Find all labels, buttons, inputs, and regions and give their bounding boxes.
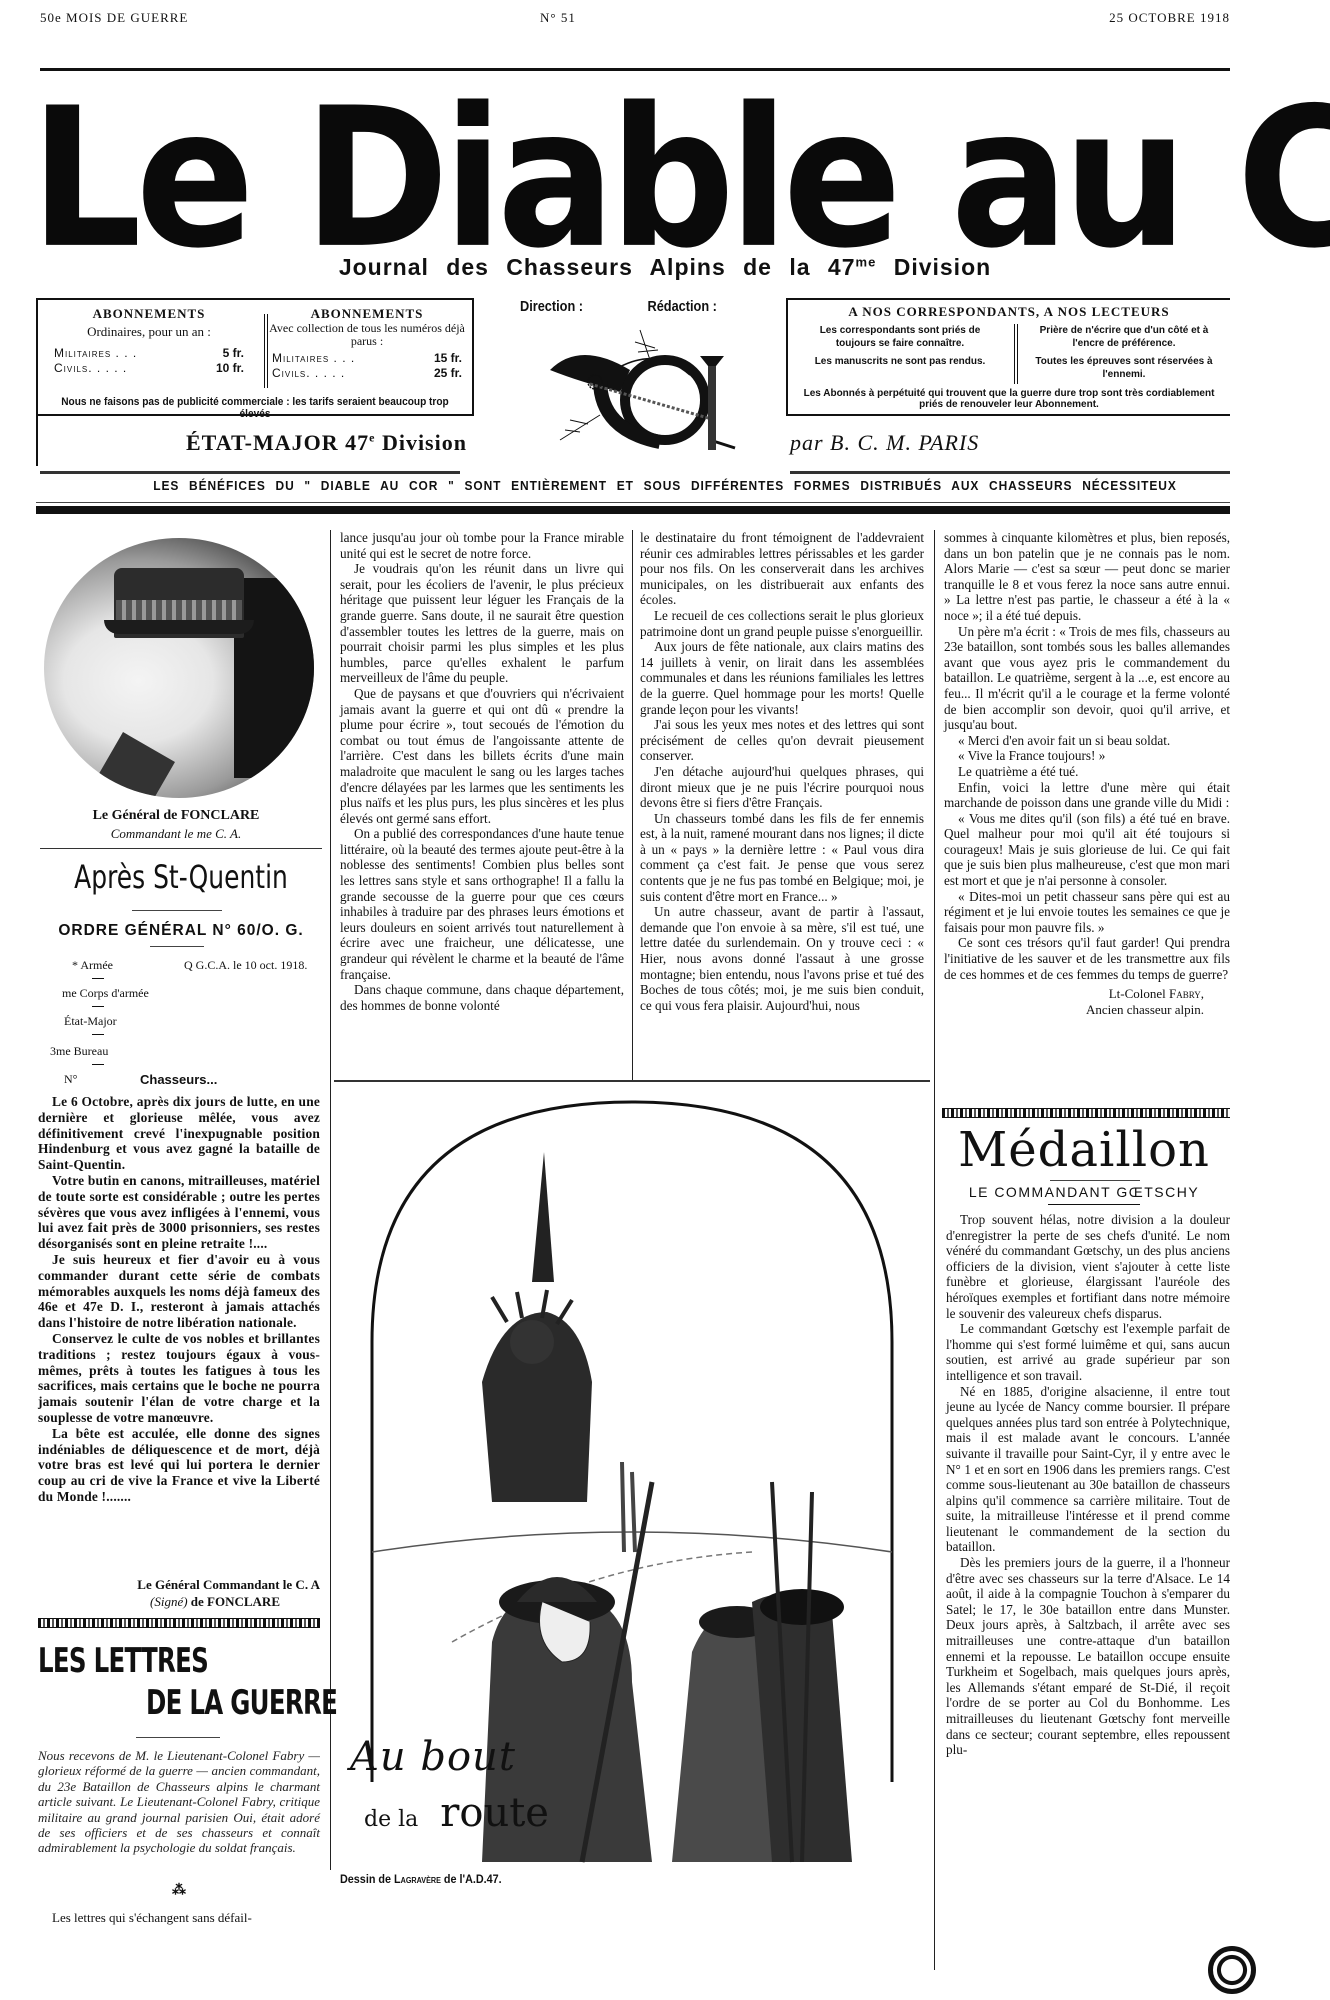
subscribers-note: Les Abonnés à perpétuité qui trouvent qu… bbox=[792, 388, 1226, 410]
redaction-label: Rédaction : bbox=[648, 298, 717, 315]
headline-apres-st-quentin: Après St-Quentin bbox=[68, 858, 294, 896]
price-row: Militaires . . .5 fr. bbox=[44, 346, 254, 361]
lettres-first-line: Les lettres qui s'échangent sans défail- bbox=[38, 1910, 320, 1926]
portrait-caption-role: Commandant le me C. A. bbox=[36, 826, 316, 842]
issue-date: 25 OCTOBRE 1918 bbox=[1109, 10, 1230, 26]
drawing-title-line2: de laroute bbox=[364, 1790, 549, 1836]
library-stamp-icon bbox=[1208, 1946, 1256, 1994]
direction-label: Direction : bbox=[520, 298, 583, 315]
column-rule bbox=[934, 530, 935, 1970]
correspondents-left: Les correspondants sont priés de toujour… bbox=[800, 324, 1000, 373]
top-info-line: 50e MOIS DE GUERRE N° 51 25 OCTOBRE 1918 bbox=[40, 6, 1230, 30]
subtitle-text: Journal des Chasseurs Alpins de la 47 bbox=[339, 254, 856, 280]
ornamental-rule bbox=[942, 1108, 1230, 1118]
column-rule bbox=[330, 530, 331, 1870]
correspondents-box: A NOS CORRESPONDANTS, A NOS LECTEURS Les… bbox=[786, 298, 1230, 416]
war-month: 50e MOIS DE GUERRE bbox=[40, 10, 188, 26]
portrait-caption-name: Le Général de FONCLARE bbox=[36, 808, 316, 824]
lettres-column-2: lance jusqu'au jour où tombe pour la Fra… bbox=[340, 530, 624, 1013]
order-addressee: Chasseurs... bbox=[140, 1072, 217, 1087]
no-advertising-note: Nous ne faisons pas de publicité commerc… bbox=[61, 396, 449, 420]
banner-rule-thin bbox=[36, 502, 1230, 503]
headline-lettres-de-la-guerre: LES LETTRES DE LA GUERRE bbox=[38, 1640, 242, 1724]
drawing-title-line1: Au bout bbox=[350, 1734, 516, 1780]
lettres-column-4: sommes à cinquante kilomètres et plus, b… bbox=[944, 530, 1230, 1018]
subscriptions-heading: ABONNEMENTS bbox=[262, 306, 472, 321]
short-rule bbox=[132, 910, 222, 911]
correspondents-right: Prière de n'écrire que d'un côté et à l'… bbox=[1024, 324, 1224, 386]
drawing-credit: Dessin de Lagravère de l'A.D.47. bbox=[340, 1872, 502, 1886]
direction-value: ÉTAT-MAJOR 47e Division bbox=[186, 430, 467, 456]
price-row: Civils. . . . .25 fr. bbox=[262, 366, 472, 381]
subscriptions-collection: ABONNEMENTS Avec collection de tous les … bbox=[262, 306, 472, 381]
subscriptions-subheading: Avec collection de tous les numéros déjà… bbox=[262, 322, 472, 348]
hunting-horn-emblem-icon bbox=[540, 320, 760, 460]
subscriptions-ordinary: ABONNEMENTS Ordinaires, pour un an : Mil… bbox=[44, 306, 254, 376]
direction-redaction-labels: Direction : Rédaction : bbox=[520, 298, 724, 322]
medaillon-body: Trop souvent hélas, notre division a la … bbox=[946, 1212, 1230, 1758]
subscriptions-subheading: Ordinaires, pour un an : bbox=[44, 324, 254, 339]
lettres-intro: Nous recevons de M. le Lieutenant-Colone… bbox=[38, 1748, 320, 1856]
banner-rule-left bbox=[40, 471, 460, 474]
subscriptions-box: ABONNEMENTS Ordinaires, pour un an : Mil… bbox=[36, 298, 474, 416]
correspondents-title: A NOS CORRESPONDANTS, A NOS LECTEURS bbox=[788, 304, 1230, 320]
banner-rule-thick bbox=[36, 506, 1230, 514]
price-row: Militaires . . .15 fr. bbox=[262, 351, 472, 366]
masthead-subtitle: Journal des Chasseurs Alpins de la 47me … bbox=[0, 254, 1330, 281]
short-rule bbox=[1048, 1204, 1140, 1205]
subtitle-end: Division bbox=[876, 254, 991, 280]
asterism-icon: ⁂ bbox=[38, 1886, 320, 1896]
ordre-general-subhead: ORDRE GÉNÉRAL N° 60/O. G. bbox=[36, 922, 326, 940]
double-divider bbox=[1014, 324, 1018, 384]
banner-rule-right bbox=[790, 471, 1230, 474]
column-rule bbox=[632, 530, 633, 1080]
short-rule bbox=[150, 946, 204, 947]
subtitle-sup: me bbox=[856, 254, 877, 269]
ornamental-rule bbox=[38, 1618, 320, 1628]
benefits-banner: LES BÉNÉFICES DU " DIABLE AU COR " SONT … bbox=[53, 478, 1277, 493]
order-body: Le 6 Octobre, après dix jours de lutte, … bbox=[38, 1094, 320, 1505]
order-date: Q G.C.A. le 10 oct. 1918. bbox=[184, 958, 307, 973]
short-rule bbox=[1050, 1180, 1140, 1181]
author-signature: Lt-Colonel Fabry, Ancien chasseur alpin. bbox=[944, 986, 1230, 1018]
order-signature: Le Général Commandant le C. A (Signé) de… bbox=[38, 1576, 320, 1610]
issue-number: N° 51 bbox=[540, 10, 576, 26]
left-frame-bar bbox=[36, 416, 38, 466]
general-portrait bbox=[44, 538, 314, 798]
section-rule bbox=[40, 848, 322, 849]
masthead-title: Le Diable au Cor bbox=[30, 78, 1254, 280]
lettres-column-3: le destinataire du front témoignent de l… bbox=[640, 530, 924, 1013]
short-rule bbox=[136, 1737, 220, 1738]
medaillon-subhead: LE COMMANDANT GŒTSCHY bbox=[938, 1184, 1230, 1200]
redaction-value: par B. C. M. PARIS bbox=[790, 430, 979, 456]
headline-medaillon: Médaillon bbox=[938, 1122, 1230, 1178]
price-row: Civils. . . . .10 fr. bbox=[44, 361, 254, 376]
subscriptions-heading: ABONNEMENTS bbox=[44, 306, 254, 321]
